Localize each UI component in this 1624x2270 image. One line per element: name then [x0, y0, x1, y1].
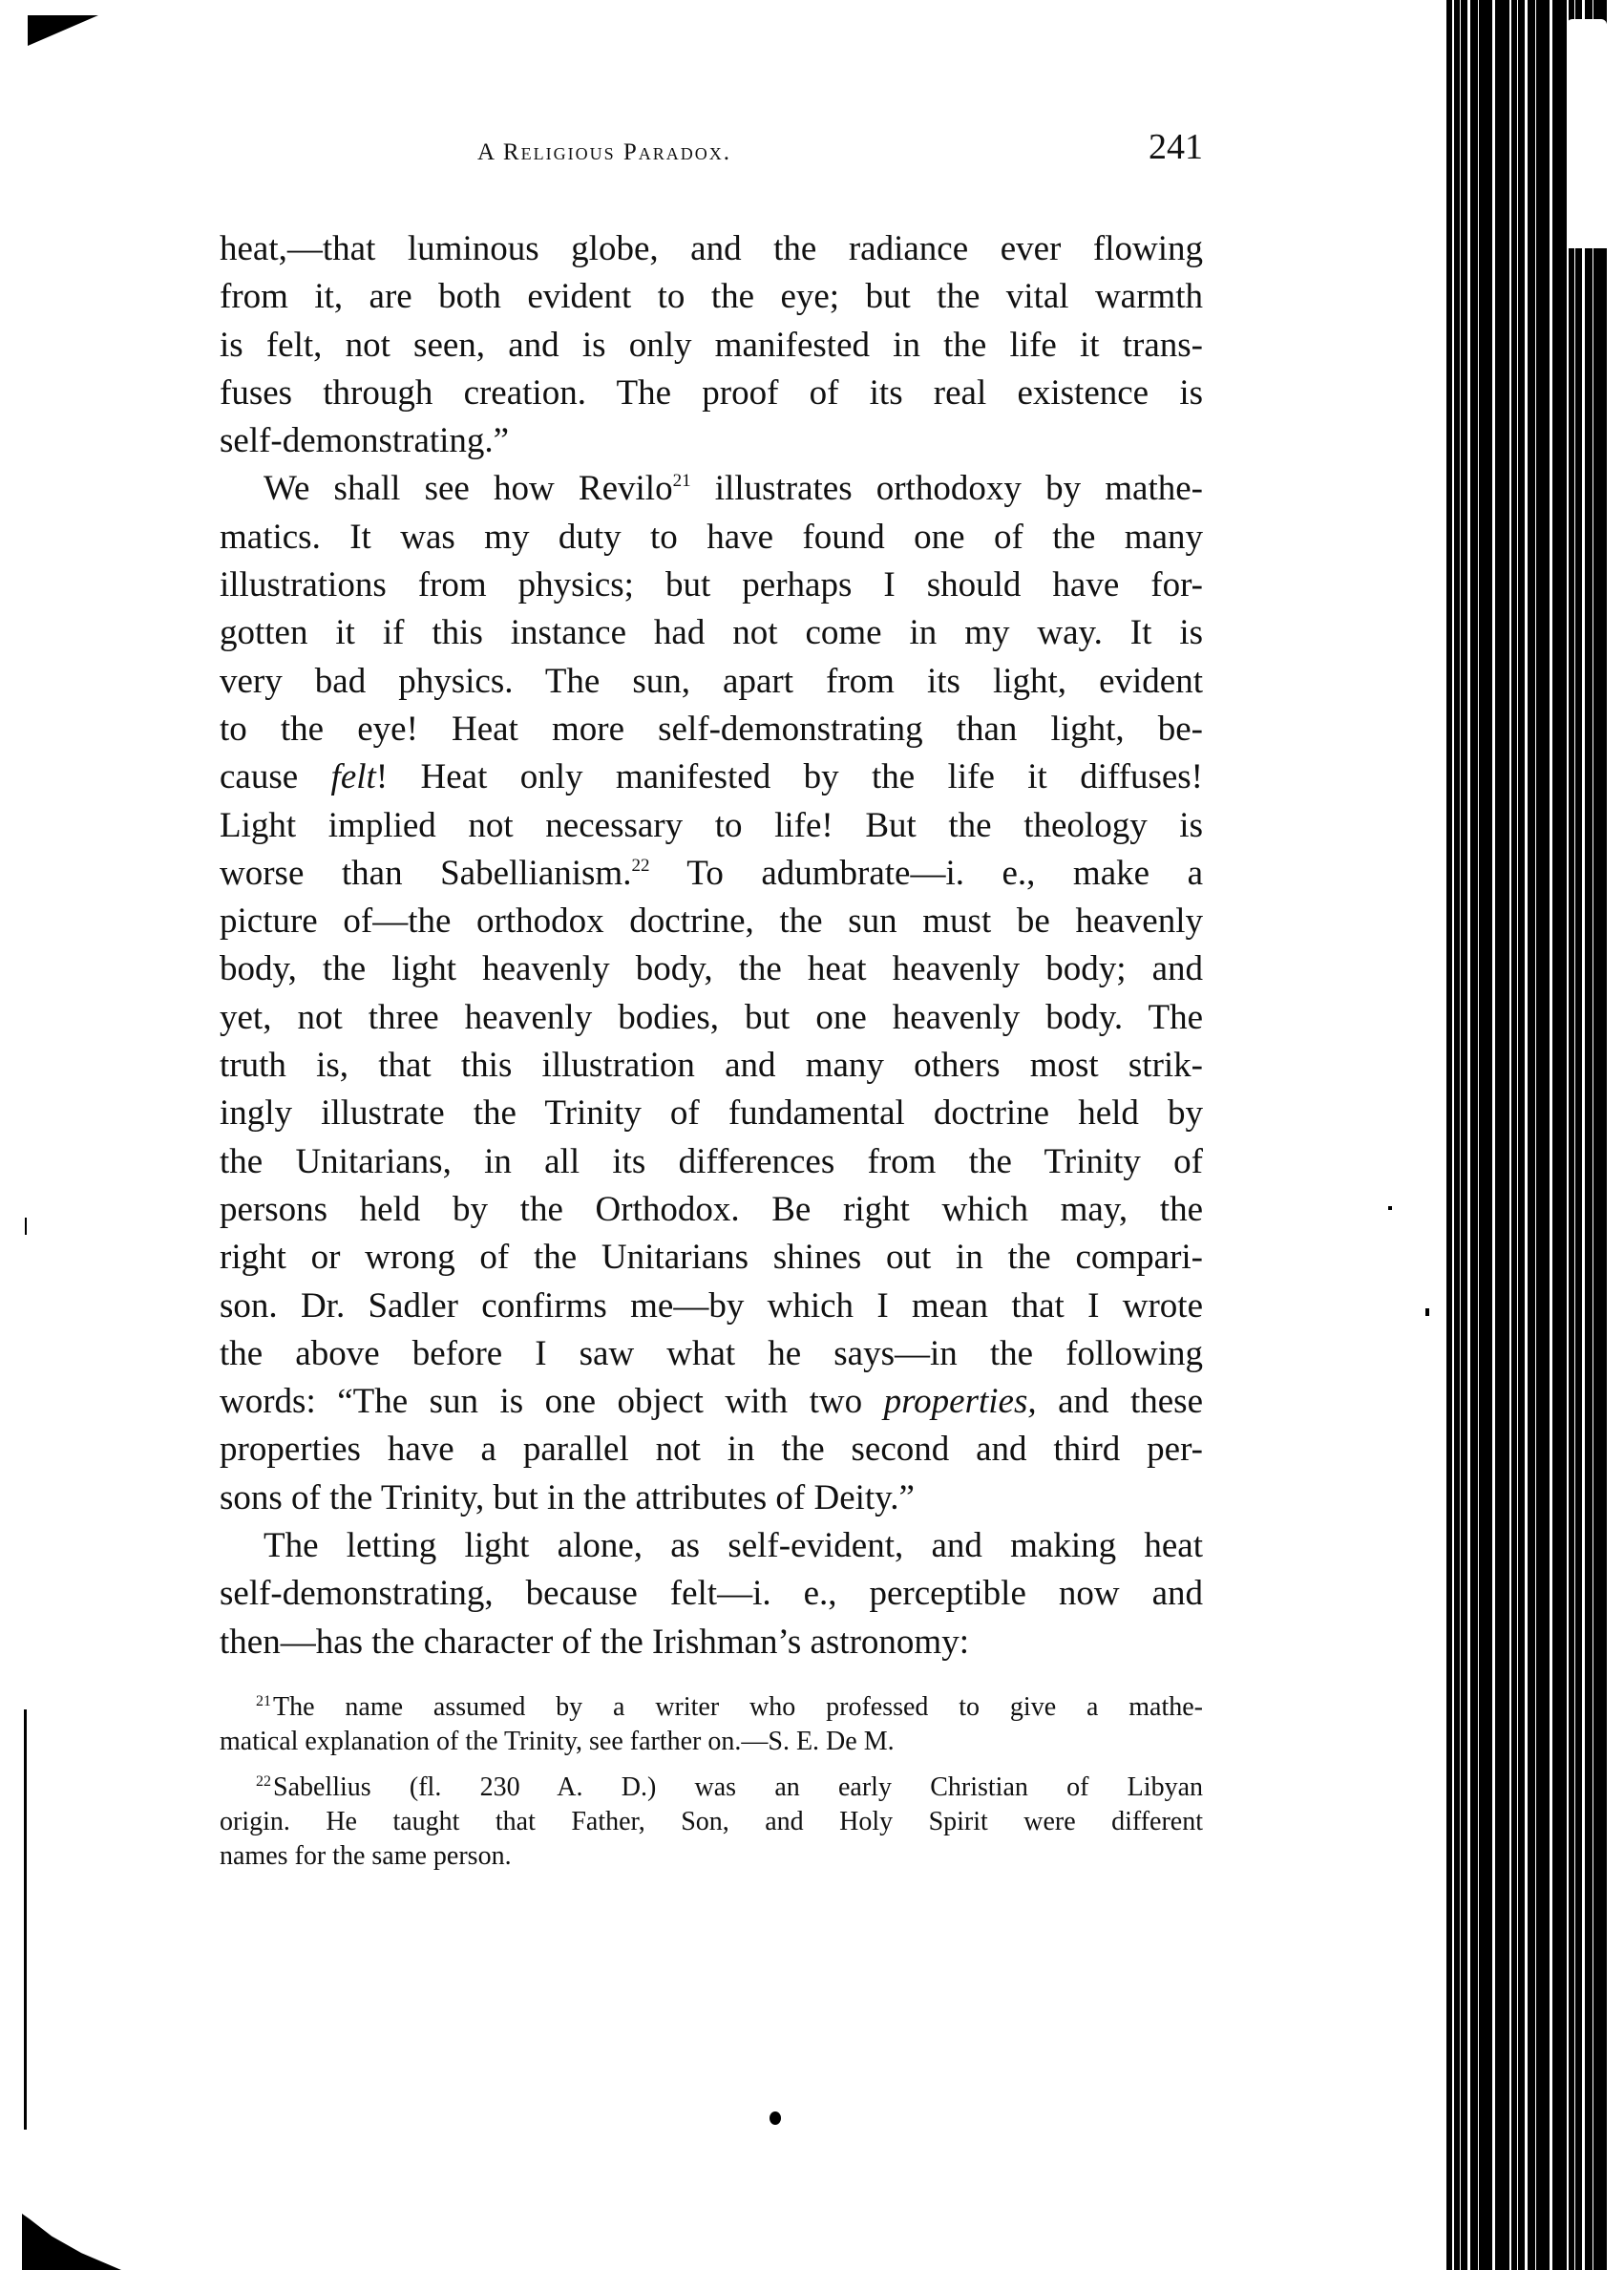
text-line: heat,—that luminous globe, and the radia…: [220, 225, 1203, 273]
footnote-marker: 21: [256, 1693, 271, 1709]
text-line: the Unitarians, in all its differences f…: [220, 1138, 1203, 1186]
scan-edge-line-left: [24, 1709, 27, 2130]
text-line: gotten it if this instance had not come …: [220, 609, 1203, 657]
scan-speck: [1388, 1206, 1392, 1210]
page-header: A Religious Paradox. 241: [220, 126, 1203, 174]
text-line: picture of—the orthodox doctrine, the su…: [220, 898, 1203, 945]
footnote-ref-22[interactable]: 22: [631, 856, 649, 876]
paragraph-1: heat,—that luminous globe, and the radia…: [220, 225, 1203, 465]
text-run: ! Heat only manifested by the life it di…: [376, 757, 1203, 796]
text-line: self-demonstrating, because felt—i. e., …: [220, 1570, 1203, 1618]
text-line: body, the light heavenly body, the heat …: [220, 945, 1203, 993]
text-line: sons of the Trinity, but in the attribut…: [220, 1474, 1203, 1522]
text-line: ingly illustrate the Trinity of fundamen…: [220, 1090, 1203, 1137]
footnote-line: matical explanation of the Trinity, see …: [220, 1725, 1203, 1759]
footnote-22: 22Sabellius (fl. 230 A. D.) was an early…: [220, 1771, 1203, 1874]
footnote-line: names for the same person.: [220, 1839, 1203, 1874]
text-run: To adumbrate—i. e., make a: [649, 854, 1203, 893]
scan-speck: [1425, 1308, 1429, 1316]
page-number: 241: [1149, 126, 1203, 168]
text-line: son. Dr. Sadler confirms me—by which I m…: [220, 1283, 1203, 1330]
running-head: A Religious Paradox.: [477, 139, 731, 166]
text-line: self-demonstrating.”: [220, 417, 1203, 465]
text-run: illustrates orthodoxy by mathe-: [691, 469, 1203, 508]
paragraph-2: We shall see how Revilo21 illustrates or…: [220, 465, 1203, 1522]
text-line: from it, are both evident to the eye; bu…: [220, 273, 1203, 321]
text-run: We shall see how Revilo: [264, 469, 673, 508]
text-run: worse than Sabellianism.: [220, 854, 631, 893]
scan-edge-tick: [25, 1218, 27, 1235]
binding-highlight: [1567, 19, 1607, 248]
text-line: truth is, that this illustration and man…: [220, 1042, 1203, 1090]
footnote-line: 22Sabellius (fl. 230 A. D.) was an early…: [220, 1771, 1203, 1805]
scan-corner-mark-top-left: [28, 15, 98, 46]
text-line: the above before I saw what he says—in t…: [220, 1330, 1203, 1378]
footnotes: 21The name assumed by a writer who profe…: [220, 1690, 1203, 1885]
footnote-ref-21[interactable]: 21: [673, 471, 691, 491]
text-line: yet, not three heavenly bodies, but one …: [220, 994, 1203, 1042]
text-line: fuses through creation. The proof of its…: [220, 370, 1203, 417]
text-line: is felt, not seen, and is only manifeste…: [220, 322, 1203, 370]
text-line: illustrations from physics; but perhaps …: [220, 562, 1203, 609]
text-line: Light implied not necessary to life! But…: [220, 802, 1203, 850]
book-binding-edge: [1446, 0, 1624, 2270]
text-run: words: “The sun is one object with two: [220, 1382, 884, 1421]
text-run: and these: [1037, 1382, 1203, 1421]
text-line: very bad physics. The sun, apart from it…: [220, 658, 1203, 706]
page-dot-mark: [770, 2111, 781, 2125]
footnote-line: 21The name assumed by a writer who profe…: [220, 1690, 1203, 1725]
text-line: right or wrong of the Unitarians shines …: [220, 1234, 1203, 1282]
footnote-line: origin. He taught that Father, Son, and …: [220, 1805, 1203, 1839]
emphasis: properties,: [884, 1382, 1037, 1421]
paragraph-3: The letting light alone, as self-evident…: [220, 1522, 1203, 1666]
text-line: then—has the character of the Irishman’s…: [220, 1619, 1203, 1666]
text-line: matics. It was my duty to have found one…: [220, 514, 1203, 562]
emphasis: felt: [331, 757, 376, 796]
text-line: words: “The sun is one object with two p…: [220, 1378, 1203, 1426]
text-line: properties have a parallel not in the se…: [220, 1426, 1203, 1474]
text-line: The letting light alone, as self-evident…: [220, 1522, 1203, 1570]
scan-corner-mark-bottom-left: [22, 2214, 121, 2270]
text-line: to the eye! Heat more self-demonstrating…: [220, 706, 1203, 753]
text-line: cause felt! Heat only manifested by the …: [220, 753, 1203, 801]
text-line: worse than Sabellianism.22 To adumbrate—…: [220, 850, 1203, 898]
text-run: Sabellius (fl. 230 A. D.) was an early C…: [273, 1772, 1203, 1802]
text-run: cause: [220, 757, 331, 796]
body-text: heat,—that luminous globe, and the radia…: [220, 225, 1203, 1666]
text-run: The name assumed by a writer who profess…: [273, 1692, 1203, 1722]
footnote-marker: 22: [256, 1773, 271, 1790]
text-line: We shall see how Revilo21 illustrates or…: [220, 465, 1203, 513]
text-line: persons held by the Orthodox. Be right w…: [220, 1186, 1203, 1234]
footnote-21: 21The name assumed by a writer who profe…: [220, 1690, 1203, 1759]
